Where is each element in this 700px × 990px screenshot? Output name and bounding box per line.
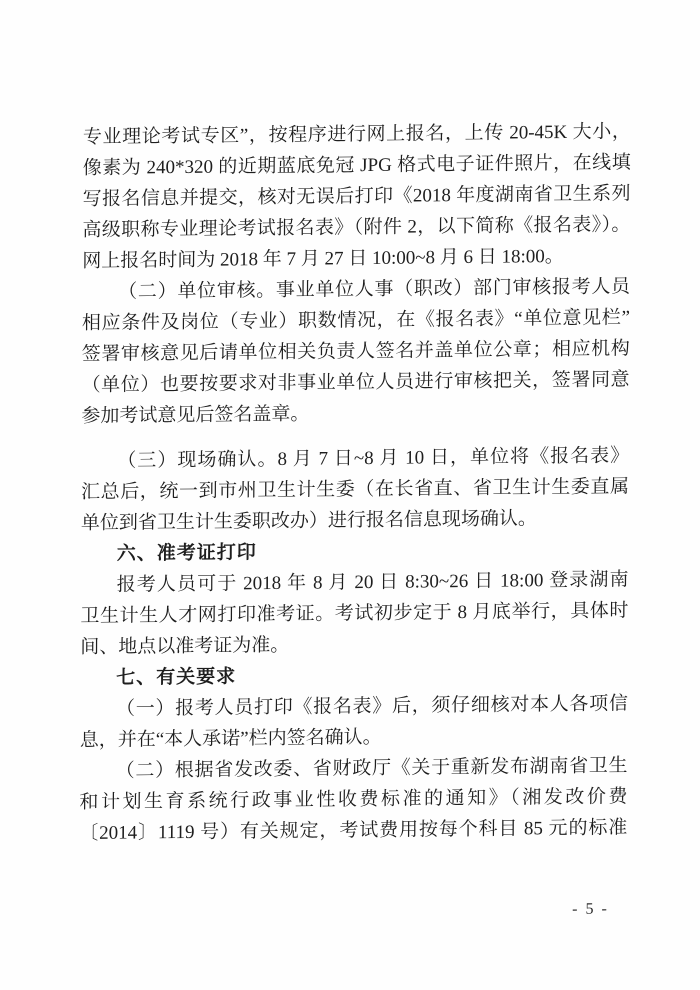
page-number: - 5 -: [79, 893, 627, 930]
text-line: （一）报考人员打印《报名表》后，须仔细核对本人各项信: [80, 688, 628, 725]
text-line: 参加考试意见后签名盖章。: [81, 395, 629, 432]
text-line: 汇总后，统一到市州卫生计生委（在长省直、省卫生计生委直属: [81, 471, 629, 508]
text-line: 〔2014〕1119 号）有关规定，考试费用按每个科目 85 元的标准: [79, 812, 627, 849]
text-line: （单位）也要按要求对非事业单位人员进行审核把关，签署同意: [82, 364, 630, 401]
text-line: 卫生计生人才网打印准考证。考试初步定于 8 月底举行，具体时: [80, 595, 628, 632]
document-content: 专业理论考试专区”，按程序进行网上报名，上传 20-45K 大小，像素为 240…: [79, 116, 631, 930]
document-lines: 专业理论考试专区”，按程序进行网上报名，上传 20-45K 大小，像素为 240…: [79, 116, 631, 849]
scanned-document-page: 专业理论考试专区”，按程序进行网上报名，上传 20-45K 大小，像素为 240…: [0, 0, 700, 990]
